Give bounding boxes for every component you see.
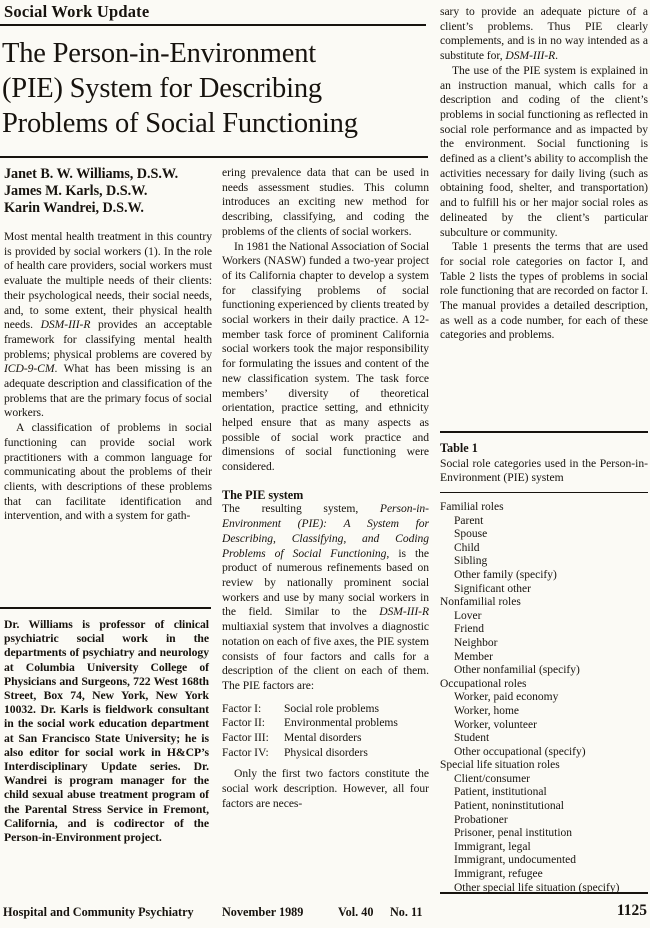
author-bio: Dr. Williams is professor of clinical ps… <box>4 618 209 845</box>
body-paragraph: Table 1 presents the terms that are used… <box>440 240 648 343</box>
body-paragraph: Only the first two factors constitute th… <box>222 767 429 811</box>
table-group-title: Familial roles <box>440 501 648 515</box>
table-group-title: Nonfamilial roles <box>440 596 648 610</box>
footer-volume: Vol. 40 <box>338 905 373 920</box>
text-run: Table 1 presents the terms that are used… <box>440 240 648 341</box>
factor-label: Factor III: <box>222 731 284 746</box>
factor-item: Factor IV:Physical disorders <box>222 746 429 761</box>
text-run: ering prevalence data that can be used i… <box>222 166 429 238</box>
section-heading: The PIE system <box>222 488 429 503</box>
body-paragraph: Most mental health treatment in this cou… <box>4 230 212 421</box>
table-body: Familial rolesParentSpouseChildSiblingOt… <box>440 493 648 894</box>
author-name: James M. Karls, D.S.W. <box>4 183 212 200</box>
author-name: Janet B. W. Williams, D.S.W. <box>4 166 212 183</box>
table-group-title: Special life situation roles <box>440 759 648 773</box>
left-column: Janet B. W. Williams, D.S.W.James M. Kar… <box>4 166 212 604</box>
table-item: Significant other <box>440 583 648 597</box>
table-item: Parent <box>440 515 648 529</box>
middle-column: ering prevalence data that can be used i… <box>222 166 429 892</box>
table-item: Friend <box>440 623 648 637</box>
table-item: Worker, volunteer <box>440 719 648 733</box>
table-item: Probationer <box>440 814 648 828</box>
table-item: Other family (specify) <box>440 569 648 583</box>
text-run: Most mental health treatment in this cou… <box>4 230 212 331</box>
bio-divider-rule <box>0 607 211 609</box>
table-item: Worker, home <box>440 705 648 719</box>
footer-journal-title: Hospital and Community Psychiatry <box>3 905 194 920</box>
article-title-line: (PIE) System for Describing <box>2 71 442 106</box>
factor-text: Physical disorders <box>284 746 429 761</box>
table-item: Patient, institutional <box>440 786 648 800</box>
italic-text-run: DSM-III-R <box>41 318 91 331</box>
journal-page: Social Work Update The Person-in-Environ… <box>0 0 650 928</box>
table-item: Sibling <box>440 555 648 569</box>
factor-text: Social role problems <box>284 702 429 717</box>
footer-page-number: 1125 <box>617 902 647 920</box>
factor-label: Factor II: <box>222 716 284 731</box>
factor-list: Factor I:Social role problemsFactor II:E… <box>222 702 429 761</box>
article-title-line: The Person-in-Environment <box>2 36 442 71</box>
text-run: multiaxial system that involves a diagno… <box>222 620 429 692</box>
table-item: Other occupational (specify) <box>440 746 648 760</box>
table-item: Immigrant, undocumented <box>440 854 648 868</box>
factor-text: Mental disorders <box>284 731 429 746</box>
body-paragraph: In 1981 the National Association of Soci… <box>222 240 429 475</box>
table-item: Worker, paid economy <box>440 691 648 705</box>
text-run: The use of the PIE system is explained i… <box>440 64 648 239</box>
text-run: Only the first two factors constitute th… <box>222 767 429 809</box>
table-item: Other special life situation (specify) <box>440 882 648 894</box>
factor-text: Environmental problems <box>284 716 429 731</box>
footer-issue-date: November 1989 <box>222 905 303 920</box>
right-column-text: sary to provide an adequate picture of a… <box>440 5 648 343</box>
author-byline: Janet B. W. Williams, D.S.W.James M. Kar… <box>4 166 212 217</box>
table-item: Student <box>440 732 648 746</box>
text-run: A classification of problems in social f… <box>4 421 212 522</box>
table-caption: Social role categories used in the Perso… <box>440 457 648 493</box>
text-run: In 1981 the National Association of Soci… <box>222 240 429 474</box>
text-run: . <box>555 49 558 62</box>
column-kicker: Social Work Update <box>4 2 149 22</box>
italic-text-run: ICD-9-CM <box>4 362 54 375</box>
body-paragraph: sary to provide an adequate picture of a… <box>440 5 648 64</box>
italic-text-run: DSM-III-R <box>505 49 555 62</box>
middle-column-text: ering prevalence data that can be used i… <box>222 166 429 812</box>
italic-text-run: DSM-III-R <box>379 605 429 618</box>
factor-label: Factor I: <box>222 702 284 717</box>
table-item: Member <box>440 651 648 665</box>
author-name: Karin Wandrei, D.S.W. <box>4 200 212 217</box>
table-item: Neighbor <box>440 637 648 651</box>
factor-label: Factor IV: <box>222 746 284 761</box>
footer-number: No. 11 <box>390 905 423 920</box>
table-item: Client/consumer <box>440 773 648 787</box>
text-run: The resulting system, <box>222 502 380 515</box>
article-title-line: Problems of Social Functioning <box>2 106 442 141</box>
body-paragraph: A classification of problems in social f… <box>4 421 212 524</box>
kicker-rule <box>0 24 426 26</box>
table-item: Spouse <box>440 528 648 542</box>
right-column: sary to provide an adequate picture of a… <box>440 5 648 429</box>
title-rule <box>0 156 428 158</box>
factor-item: Factor III:Mental disorders <box>222 731 429 746</box>
body-paragraph: ering prevalence data that can be used i… <box>222 166 429 240</box>
table-item: Other nonfamilial (specify) <box>440 664 648 678</box>
table-item: Immigrant, refugee <box>440 868 648 882</box>
table-item: Patient, noninstitutional <box>440 800 648 814</box>
table-item: Lover <box>440 610 648 624</box>
factor-item: Factor I:Social role problems <box>222 702 429 717</box>
table-title: Table 1 <box>440 441 648 456</box>
article-title: The Person-in-Environment (PIE) System f… <box>2 36 442 141</box>
table-item: Prisoner, penal institution <box>440 827 648 841</box>
body-paragraph: The resulting system, Person-in-Environm… <box>222 502 429 693</box>
table-1: Table 1 Social role categories used in t… <box>440 431 648 894</box>
table-item: Immigrant, legal <box>440 841 648 855</box>
factor-item: Factor II:Environmental problems <box>222 716 429 731</box>
table-group-title: Occupational roles <box>440 678 648 692</box>
left-column-text: Most mental health treatment in this cou… <box>4 230 212 524</box>
body-paragraph: The use of the PIE system is explained i… <box>440 64 648 240</box>
table-item: Child <box>440 542 648 556</box>
